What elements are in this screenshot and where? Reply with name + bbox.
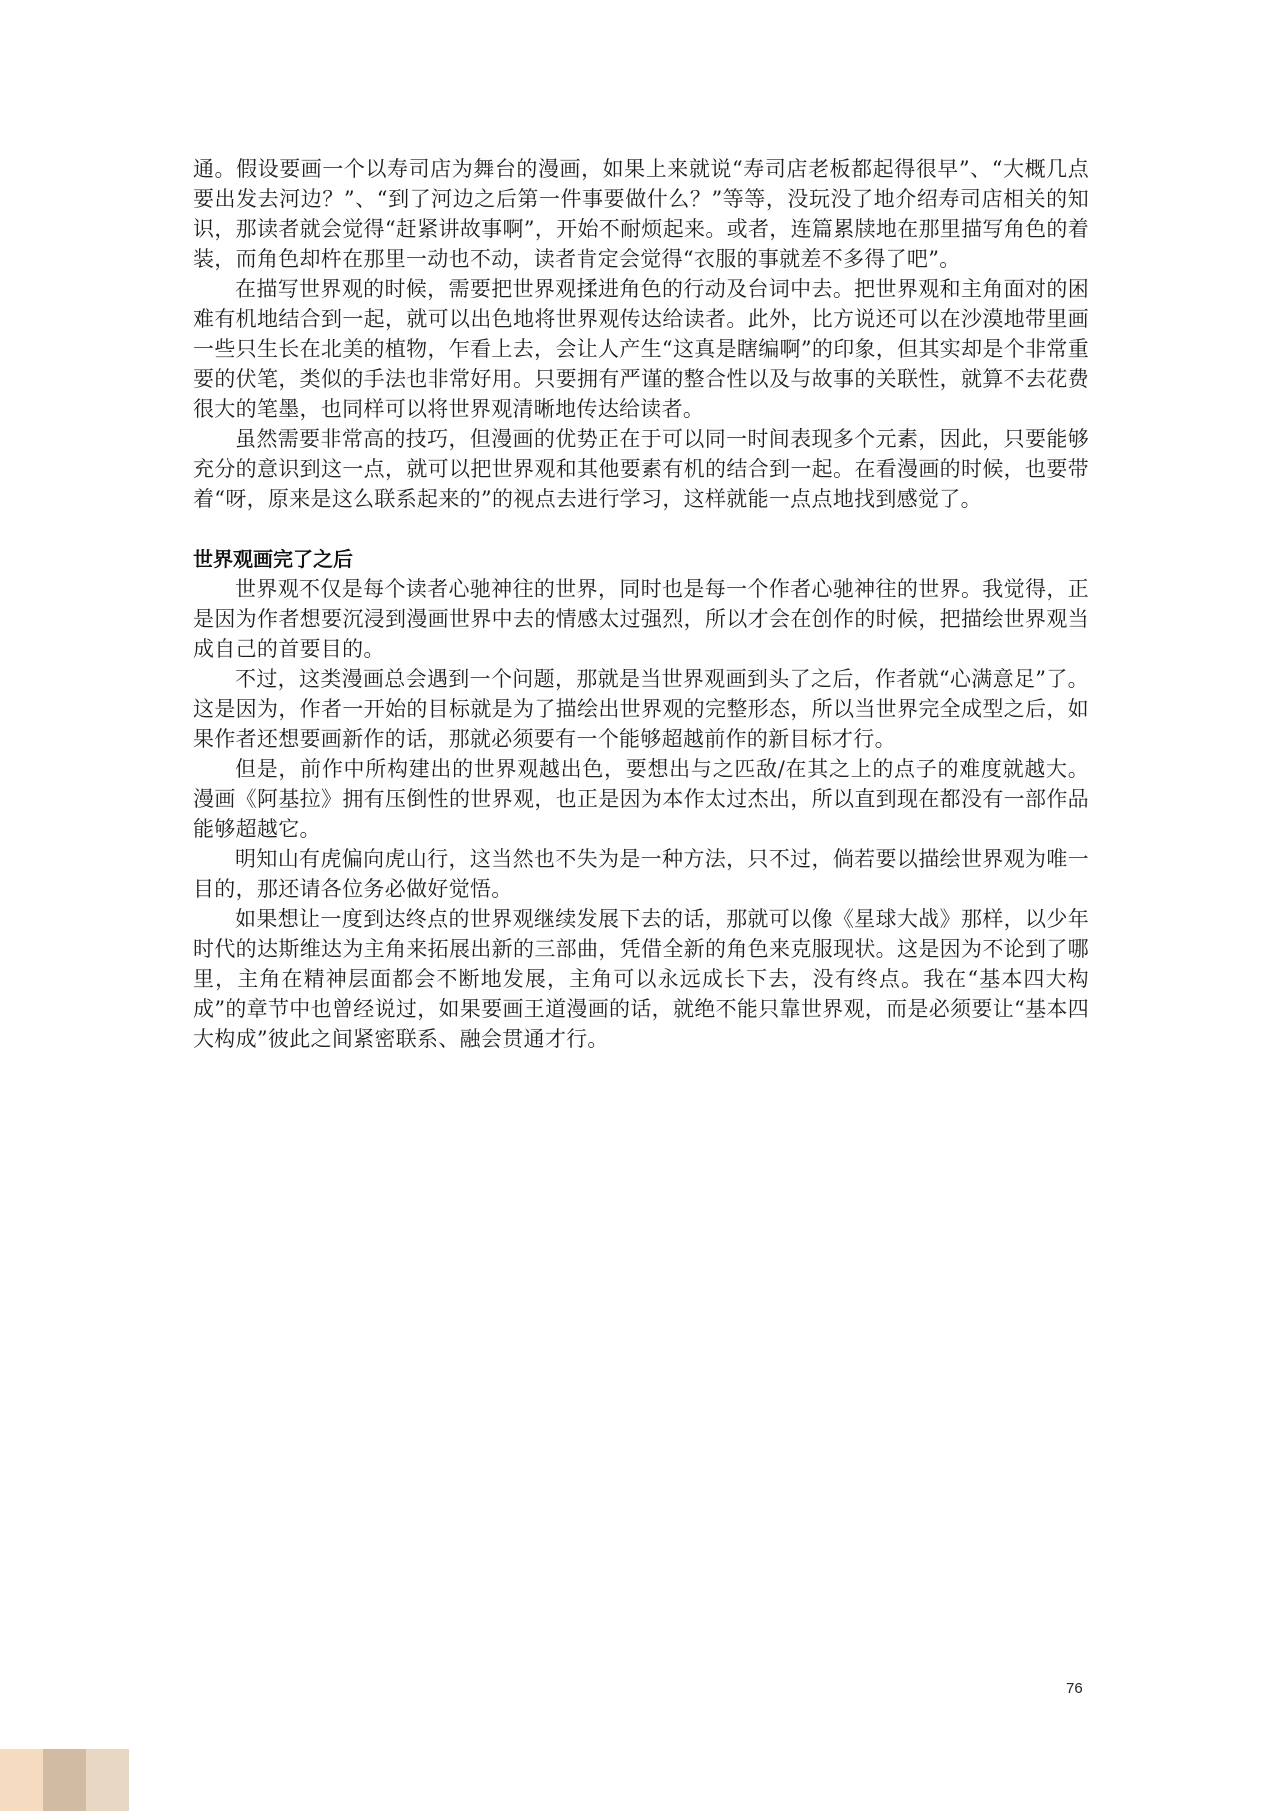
paragraph: 不过，这类漫画总会遇到一个问题，那就是当世界观画到头了之后，作者就“心满意足”了… (193, 664, 1089, 754)
paragraph: 世界观不仅是每个读者心驰神往的世界，同时也是每一个作者心驰神往的世界。我觉得，正… (193, 574, 1089, 664)
decorative-color-bars (0, 1749, 129, 1811)
color-bar-beige (86, 1749, 129, 1811)
page-number: 76 (1066, 1680, 1083, 1697)
paragraph: 但是，前作中所构建出的世界观越出色，要想出与之匹敌/在其之上的点子的难度就越大。… (193, 754, 1089, 844)
color-bar-peach (0, 1749, 43, 1811)
paragraph: 如果想让一度到达终点的世界观继续发展下去的话，那就可以像《星球大战》那样，以少年… (193, 904, 1089, 1054)
color-bar-tan (43, 1749, 86, 1811)
paragraph: 虽然需要非常高的技巧，但漫画的优势正在于可以同一时间表现多个元素，因此，只要能够… (193, 424, 1089, 514)
page-body: 通。假设要画一个以寿司店为舞台的漫画，如果上来就说“寿司店老板都起得很早”、“大… (193, 154, 1089, 1054)
paragraph: 明知山有虎偏向虎山行，这当然也不失为是一种方法，只不过，倘若要以描绘世界观为唯一… (193, 844, 1089, 904)
paragraph: 在描写世界观的时候，需要把世界观揉进角色的行动及台词中去。把世界观和主角面对的困… (193, 274, 1089, 424)
paragraph: 通。假设要画一个以寿司店为舞台的漫画，如果上来就说“寿司店老板都起得很早”、“大… (193, 154, 1089, 274)
section-heading: 世界观画完了之后 (193, 544, 1089, 574)
